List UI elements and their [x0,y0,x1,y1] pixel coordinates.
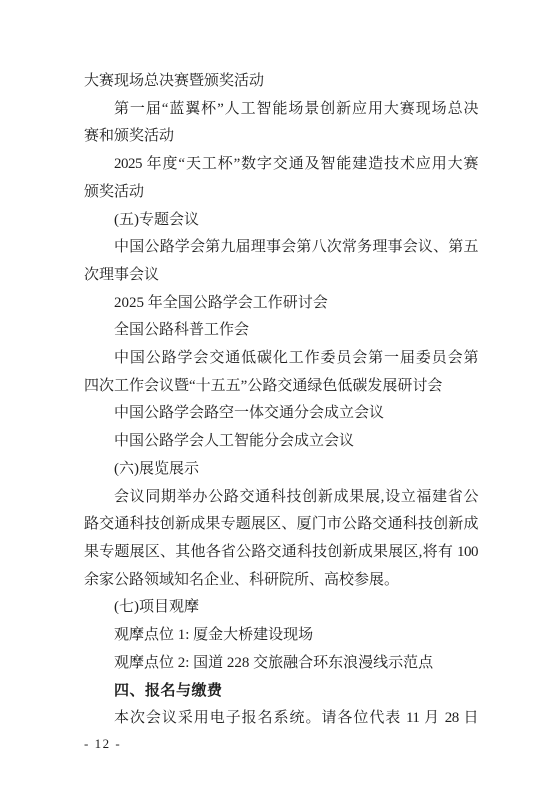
body-text-line: 次理事会议 [84,262,478,290]
body-text-line: 本次会议采用电子报名系统。请各位代表 11 月 28 日 [84,705,478,733]
body-text-line: 颁奖活动 [84,179,478,207]
body-text-line: 中国公路学会路空一体交通分会成立会议 [84,400,478,428]
heading-section-5: (五)专题会议 [84,207,478,235]
body-text-line: 路交通科技创新成果专题展区、厦门市公路交通科技创新成 [84,511,478,539]
body-text-line: 四次工作会议暨“十五五”公路交通绿色低碳发展研讨会 [84,373,478,401]
body-text-line: 观摩点位 1: 厦金大桥建设现场 [84,622,478,650]
document-body: 大赛现场总决赛暨颁奖活动 第一届“蓝翼杯”人工智能场景创新应用大赛现场总决 赛和… [84,68,478,733]
page-number: - 12 - [84,735,121,753]
body-text-line: 余家公路领域知名企业、科研院所、高校参展。 [84,567,478,595]
body-text-line: 中国公路学会交通低碳化工作委员会第一届委员会第 [84,345,478,373]
body-text-line: 会议同期举办公路交通科技创新成果展,设立福建省公 [84,484,478,512]
body-text-line: 第一届“蓝翼杯”人工智能场景创新应用大赛现场总决 [84,96,478,124]
heading-section-7: (七)项目观摩 [84,594,478,622]
body-text-line: 2025 年度“天工杯”数字交通及智能建造技术应用大赛 [84,151,478,179]
body-text-line: 中国公路学会第九届理事会第八次常务理事会议、第五 [84,234,478,262]
body-text-line: 中国公路学会人工智能分会成立会议 [84,428,478,456]
body-text-line: 全国公路科普工作会 [84,317,478,345]
body-text-line: 观摩点位 2: 国道 228 交旅融合环东浪漫线示范点 [84,650,478,678]
document-page: 大赛现场总决赛暨颁奖活动 第一届“蓝翼杯”人工智能场景创新应用大赛现场总决 赛和… [0,0,559,789]
heading-section-6: (六)展览展示 [84,456,478,484]
body-text-line: 2025 年全国公路学会工作研讨会 [84,290,478,318]
body-text-line: 果专题展区、其他各省公路交通科技创新成果展区,将有 100 [84,539,478,567]
body-text-line: 赛和颁奖活动 [84,123,478,151]
heading-chapter-4: 四、报名与缴费 [84,677,478,705]
body-text-line: 大赛现场总决赛暨颁奖活动 [84,68,478,96]
